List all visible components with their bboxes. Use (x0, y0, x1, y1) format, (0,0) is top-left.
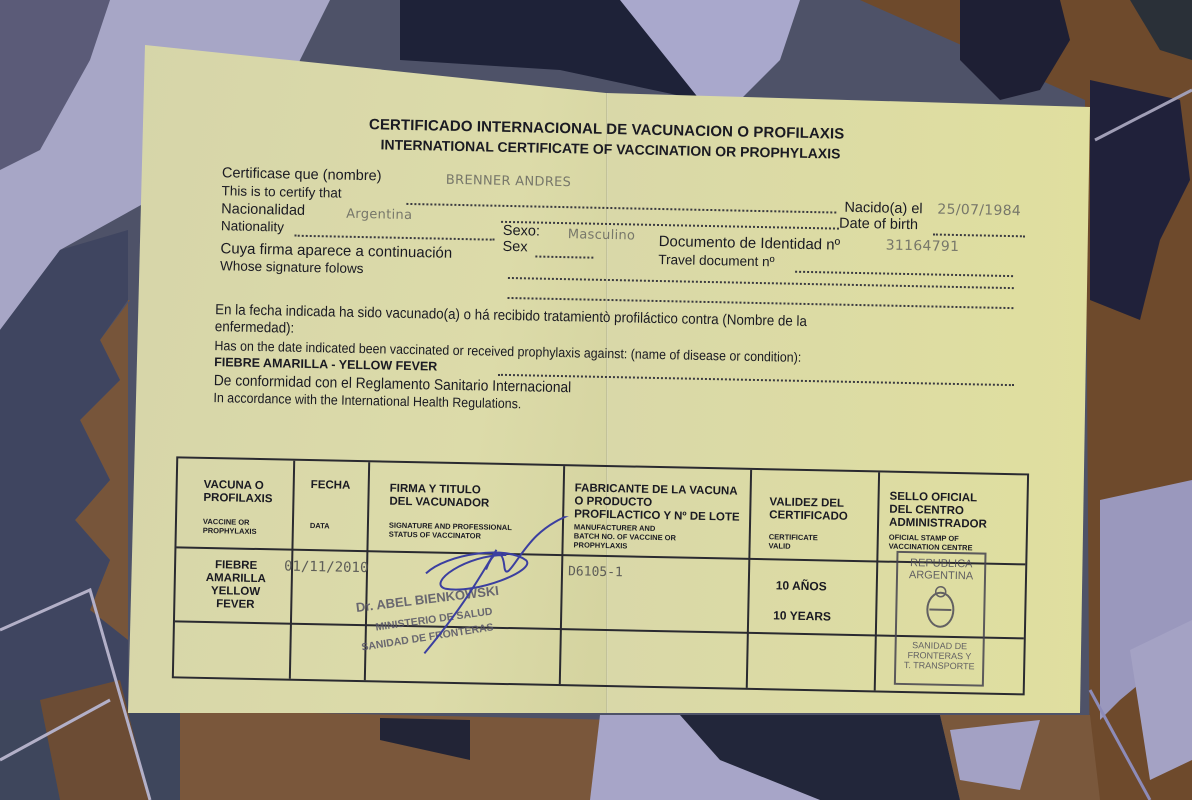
header-date-es: FECHA (311, 479, 351, 493)
document-label-es: Documento de Identidad nº (659, 233, 841, 254)
sex-label-es: Sexo: (503, 223, 540, 240)
header-validity-en: CERTIFICATE VALID (769, 532, 818, 551)
signature-dotted-line (508, 277, 1014, 289)
name-value: BRENNER ANDRES (446, 173, 572, 191)
official-stamp: REPUBLICA ARGENTINA SANIDAD DE FRONTERAS… (894, 551, 987, 687)
statement-line1-es: En la fecha indicada ha sido vacunado(a)… (215, 302, 807, 330)
official-stamp-top2: ARGENTINA (898, 569, 984, 583)
header-signature-es: FIRMA Y TITULO DEL VACUNADOR (389, 483, 489, 511)
name-label-es: Certificase que (nombre) (222, 165, 382, 184)
name-dotted-line (406, 203, 836, 214)
row-validity-en: 10 YEARS (773, 608, 831, 623)
sex-value: Masculino (568, 227, 636, 243)
statement-line2-es: enfermedad): (215, 319, 295, 337)
vaccination-certificate: CERTIFICADO INTERNACIONAL DE VACUNACION … (128, 45, 1090, 713)
sex-dotted-line-upper (501, 221, 839, 230)
birth-label-en: Date of birth (839, 216, 918, 234)
official-stamp-bottom3: T. TRANSPORTE (896, 660, 982, 672)
document-dotted-line (795, 271, 1013, 277)
certificate-content: CERTIFICADO INTERNACIONAL DE VACUNACION … (121, 35, 1096, 722)
signature-dotted-line-2 (508, 297, 1014, 309)
header-vaccine-en: VACCINE OR PROPHYLAXIS (203, 517, 257, 536)
nationality-value: Argentina (346, 207, 412, 223)
vaccination-table: VACUNA O PROFILAXIS VACCINE OR PROPHYLAX… (172, 456, 1029, 695)
nationality-dotted-line (295, 235, 495, 241)
argentina-coat-of-arms-icon (923, 585, 958, 630)
header-stamp-en: OFICIAL STAMP OF VACCINATION CENTRE (889, 533, 973, 553)
document-value: 31164791 (885, 238, 959, 255)
document-label-en: Travel document nº (658, 252, 775, 269)
header-date-en: DATA (310, 521, 330, 530)
birth-label-es: Nacido(a) el (844, 200, 922, 218)
signature-label-en: Whose signature folows (220, 258, 364, 276)
birth-dotted-line (933, 233, 1025, 237)
sex-label-en: Sex (502, 239, 527, 255)
row-date: 01/11/2010 (284, 559, 369, 577)
disease-name: FIEBRE AMARILLA - YELLOW FEVER (214, 355, 437, 373)
row-vaccine: FIEBRE AMARILLA YELLOW FEVER (195, 559, 276, 613)
name-label-en: This is to certify that (221, 183, 341, 200)
sex-dotted-line (535, 256, 593, 259)
nationality-label-en: Nationality (221, 218, 284, 234)
birth-value: 25/07/1984 (937, 202, 1021, 220)
header-stamp-es: SELLO OFICIAL DEL CENTRO ADMINISTRADOR (889, 491, 988, 532)
nationality-label-es: Nacionalidad (221, 201, 305, 219)
vaccinator-signature (384, 513, 587, 667)
disease-dotted-line (498, 374, 1014, 386)
header-manufacturer-es: FABRICANTE DE LA VACUNA O PRODUCTO PROFI… (574, 482, 740, 524)
header-vaccine-es: VACUNA O PROFILAXIS (203, 479, 273, 506)
header-validity-es: VALIDEZ DEL CERTIFICADO (769, 496, 848, 524)
header-manufacturer-en: MANUFACTURER AND BATCH NO. OF VACCINE OR… (573, 522, 676, 551)
row-validity-es: 10 AÑOS (776, 578, 827, 593)
